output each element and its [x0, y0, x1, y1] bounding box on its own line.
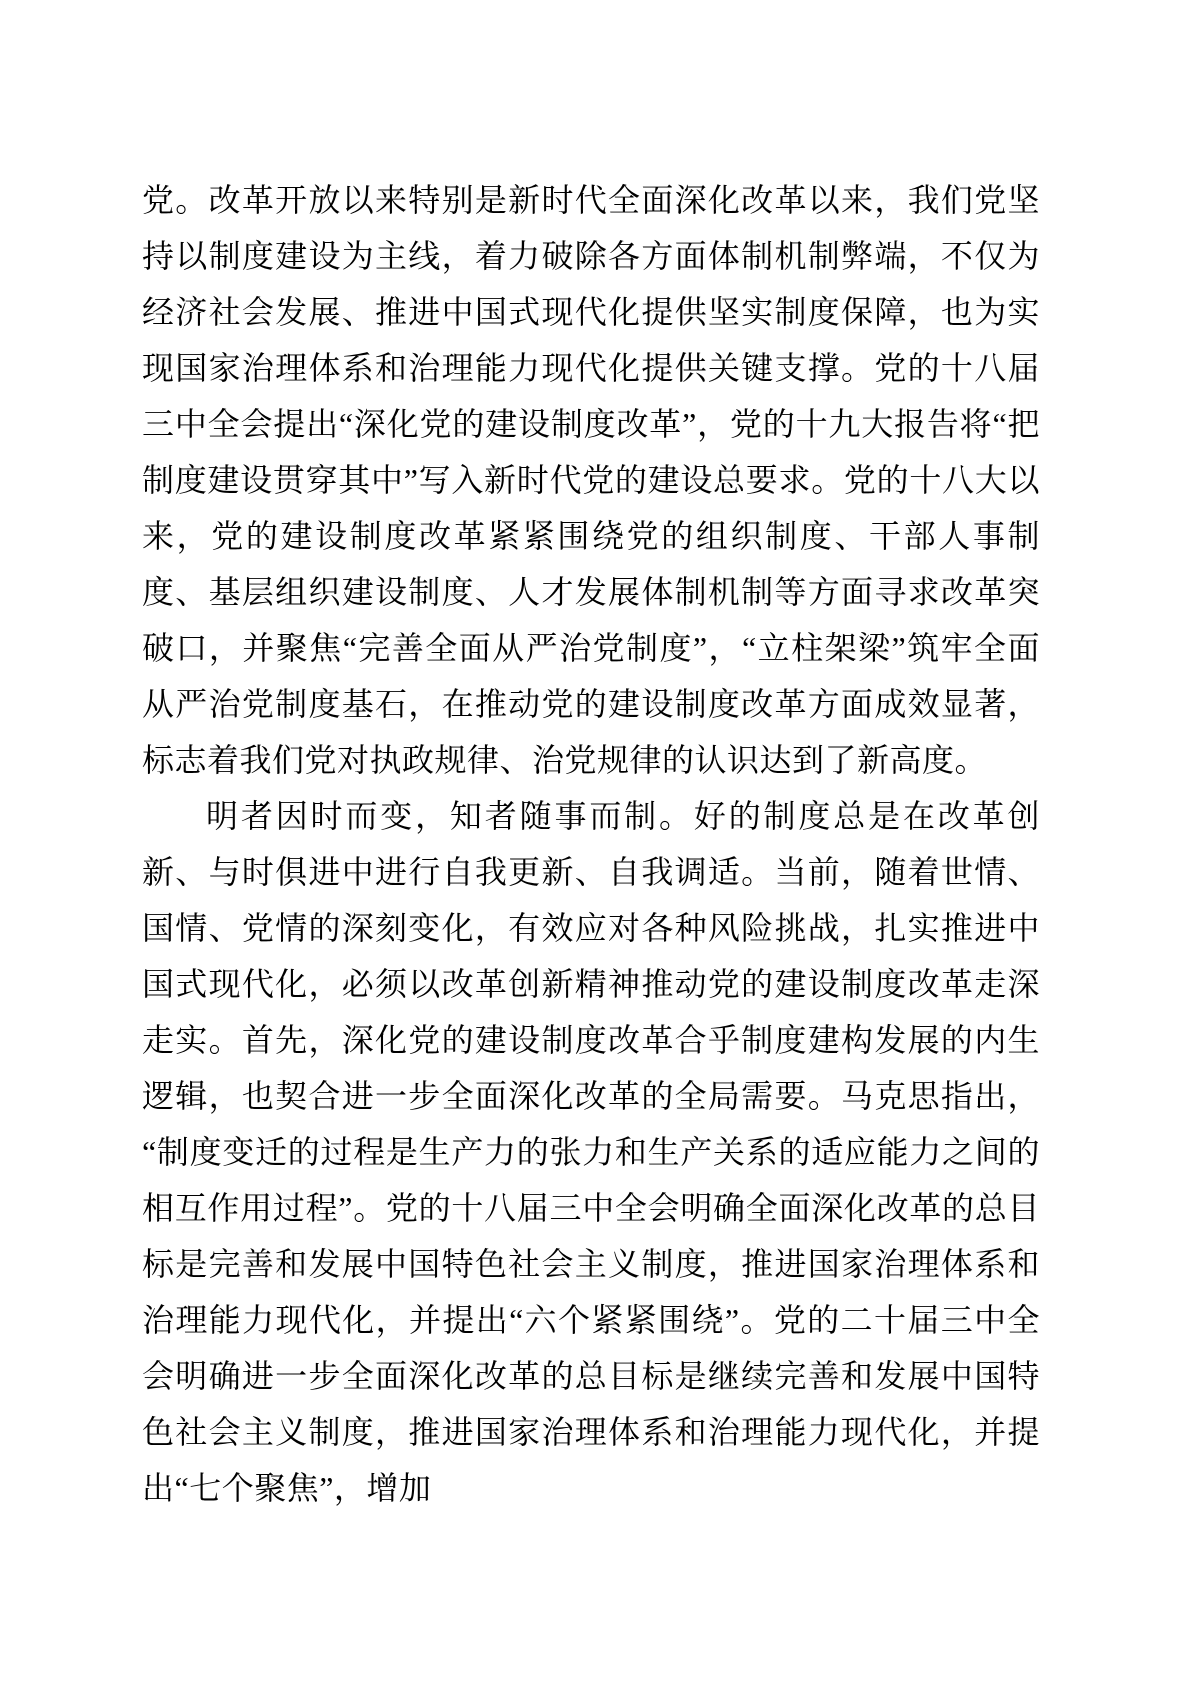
paragraph-1: 党。改革开放以来特别是新时代全面深化改革以来，我们党坚持以制度建设为主线，着力破… [142, 172, 1040, 788]
paragraph-2: 明者因时而变，知者随事而制。好的制度总是在改革创新、与时俱进中进行自我更新、自我… [142, 788, 1040, 1516]
document-page: 党。改革开放以来特别是新时代全面深化改革以来，我们党坚持以制度建设为主线，着力破… [0, 0, 1190, 1683]
document-body: 党。改革开放以来特别是新时代全面深化改革以来，我们党坚持以制度建设为主线，着力破… [142, 172, 1040, 1516]
